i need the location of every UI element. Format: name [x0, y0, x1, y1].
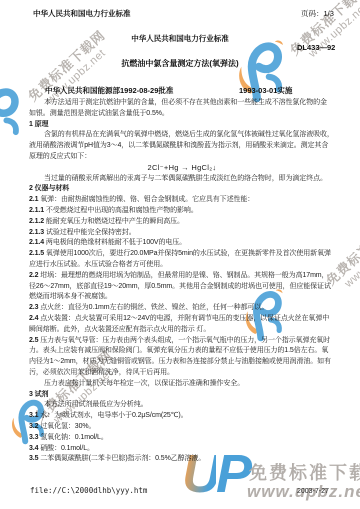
text-line: 内径为1～2mm，材质为无缝铜管或钢管。压力表和各连接部分禁止与油脂接触或使用润… [29, 357, 335, 368]
text-line: 应进行水压试验。水压试验合格者方可使用。 [29, 260, 335, 271]
text-line: 3.3 氢氧化钠：0.1mol/L。 [29, 433, 335, 444]
text-line: 2.3 点火丝：直径为0.1mm左右的铜丝、铁丝、镍丝、铂丝，任何一种都可以。 [29, 303, 335, 314]
text-line: 如银。测量范围是测定试油氯含量低于0.5%。 [29, 109, 335, 120]
text-line: 2 仪器与材料 [29, 184, 335, 195]
text-line: 2.4 点火装置：点火装置可采用12～24V的电源，并附有调节电压的变压器，以保… [29, 314, 335, 325]
header-page-number: 页码：1/3 [301, 8, 334, 19]
text-line: 3.4 硝酸：0.1mol/L。 [29, 444, 335, 455]
text-line: 2.1.4 两电极间的绝缘材料能耐不低于100V的电压。 [29, 238, 335, 249]
text-line: 含氯的有机样品在充满氧气的氧弹中燃烧，燃烧后生成的氯化氢气体被碱性过氧化氢溶液吸… [29, 130, 335, 141]
footer-file-url: file://C:\2000dlhb\yyy.htm [30, 486, 147, 495]
document-content: 中华人民共和国电力行业标准 页码：1/3 中华人民共和国电力行业标准 DL433… [0, 0, 360, 509]
text-line: 2.1 氧弹：由耐热耐腐蚀性的镍、铬、钼合金钢制成。它应具有下述性能： [29, 195, 335, 206]
text-line: 原理的反应式如下： [29, 152, 335, 163]
text-line: 3 试剂 [29, 390, 335, 401]
text-line: 2.1.2 能耐充氧压力和燃烧过程中产生的瞬间高压。 [29, 217, 335, 228]
text-line: 2Cl⁻+Hg → HgCl₂↓ [29, 163, 335, 174]
implementation-date: 1993-03-01实施 [239, 85, 292, 96]
text-line: 力。表头上应装有减压阀和保险阀门。氧弹充氧分压力表的量程不应低于使用压力的1.5… [29, 346, 335, 357]
text-line: 本方法所用试剂最低应为分析纯。 [29, 400, 335, 411]
text-line: 污，必须依次用苯和酒精洗净，待风干后再用。 [29, 368, 335, 379]
text-line: 本方法适用于测定抗燃油中氯的含量，但必须不存在其他卤素和一些能生成不溶性氯化物的… [29, 98, 335, 109]
text-line: 2.1.3 试验过程中能完全保持密封。 [29, 228, 335, 239]
footer-date: 2003-7-27 [297, 488, 329, 495]
approval-line: 中华人民共和国能源部1992-08-29批准 [45, 85, 173, 96]
text-line: 径26～27mm，底部直径19～20mm，厚0.5mm。其他用合金钢制成的坩埚也… [29, 282, 335, 293]
header-standard-label: 中华人民共和国电力行业标准 [33, 8, 131, 19]
document-body: 本方法适用于测定抗燃油中氯的含量，但必须不存在其他卤素和一些能生成不溶性氯化物的… [29, 98, 335, 465]
text-line: 燃烧而坩埚本身不被腐蚀。 [29, 292, 335, 303]
text-line: 1 原理 [29, 120, 335, 131]
document-page: 免费标准下载网 www.upbz.net 免费标准下载网 www.upbz.ne… [0, 0, 360, 509]
document-title: 抗燃油中氯含量测定方法(氧弹法) [0, 58, 360, 69]
text-line: 3.2 过氧化氢：30%。 [29, 422, 335, 433]
text-line: 2.5 压力表与氧气导管：压力表由两个表头组成，一个指示氧气瓶中的压力，另一个指… [29, 336, 335, 347]
text-line: 压力表应按计量机关每年检定一次，以保证指示准确和操作安全。 [29, 379, 335, 390]
text-line: 2.1.5 氧弹使用1000次后，要进行20.0MPa并保持5min的水压试验，… [29, 249, 335, 260]
text-line: 液用硝酸溶液调节pH值为3～4，以二苯偶氮碳酰肼和溴酚蓝为指示剂，用硝酸汞来滴定… [29, 141, 335, 152]
text-line: 3.5 二苯偶氮碳酰肼(二苯卡巴腙)指示剂：0.5%乙醇溶液。 [29, 454, 335, 465]
text-line: 瞬间熔断。此外，点火装置还应配有指示点火用的指示 灯。 [29, 325, 335, 336]
text-line: 3.1 水：为Ⅰ级试剂水，电导率小于0.2μS/cm(25℃)。 [29, 411, 335, 422]
text-line: 当过量的硝酸汞所离解出的汞离子与二苯偶氮碳酰肼生成淡红色的络合物时，即为滴定终点… [29, 174, 335, 185]
text-line: 2.1.1 不受燃烧过程中出现的高温和腐蚀性产物的影响。 [29, 206, 335, 217]
text-line: 2.2 坩埚：最理想的燃烧用坩埚为铂制品，但最常用的是镍、铬、钢制品。其规格一般… [29, 271, 335, 282]
standard-code: DL433—92 [297, 43, 335, 52]
